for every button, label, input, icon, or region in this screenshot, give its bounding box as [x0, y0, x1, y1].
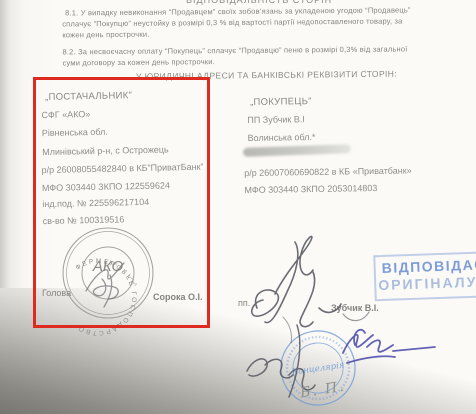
blue-pen-signature — [343, 330, 435, 363]
redacted-smudge — [243, 144, 351, 157]
bottom-signatures — [235, 315, 445, 414]
section-title-clipped: ВІДПОВІДАЛЬНІСТЬ СТОРІН — [186, 0, 332, 5]
supplier-mfo-zkpo: МФО 303440 ЗКПО 122559624 — [42, 180, 170, 193]
ako-round-stamp-icon: ФЕРМЕРСЬКЕ ГОСПОДАРСТВО · У К Р А Ї Н А … — [60, 225, 156, 321]
buyer-role-label: „ПОКУПЕЦЬ” — [250, 96, 312, 108]
supplier-signer-name: Сорока О.І. — [153, 292, 203, 302]
supplier-settlement: Млинівський р-н, с Острожець — [42, 144, 169, 157]
buyer-bank-account: р/р 26007060690822 в КБ «Приватбанк» — [244, 165, 412, 178]
clause-8-2-line-1: 8.2. За несвоєчасну оплату “Покупець” сп… — [62, 44, 407, 56]
buyer-region: Волинська обл.* — [248, 132, 316, 143]
supplier-signature — [86, 263, 124, 307]
authenticity-stamp: ВІДПОВІДАЄ ОРИГІНАЛУ — [373, 251, 476, 302]
supplier-region: Рівненська обл. — [42, 127, 108, 138]
buyer-company: ПП Зубчик В.І — [247, 114, 305, 125]
clause-8-2-line-2: суми договору за кожен день прострочки. — [63, 57, 215, 67]
supplier-role-label: „ПОСТАЧАЛЬНИК” — [45, 90, 132, 103]
supplier-bank-account: р/р 26008055482840 в КБ”ПриватБанк” — [41, 162, 203, 175]
scanned-contract-page: ВІДПОВІДАЛЬНІСТЬ СТОРІН 8.1. У випадку н… — [0, 0, 476, 414]
supplier-signer-title: Голова — [42, 288, 71, 298]
buyer-mfo-zkpo: МФО 303440 ЗКПО 2053014803 — [244, 183, 377, 195]
clause-8-1-line-2: сплачує “Покупцю” неустойку в розмірі 0,… — [62, 16, 402, 28]
authenticity-stamp-line1: ВІДПОВІДАЄ — [381, 256, 476, 276]
supplier-tax-number: інд.под. № 225596217104 — [42, 197, 149, 209]
supplier-company: СФГ «АКО» — [41, 109, 90, 120]
clause-8-1-line-3: кожен день прострочки. — [62, 30, 149, 40]
requisites-heading: У ЮРИДИЧНІ АДРЕСИ ТА БАНКІВСЬКІ РЕКВІЗИТ… — [136, 69, 397, 82]
authenticity-stamp-line2: ОРИГІНАЛУ — [378, 273, 476, 293]
clause-8-1-line-1: 8.1. У випадку невиконання “Продавцем” с… — [65, 5, 411, 17]
